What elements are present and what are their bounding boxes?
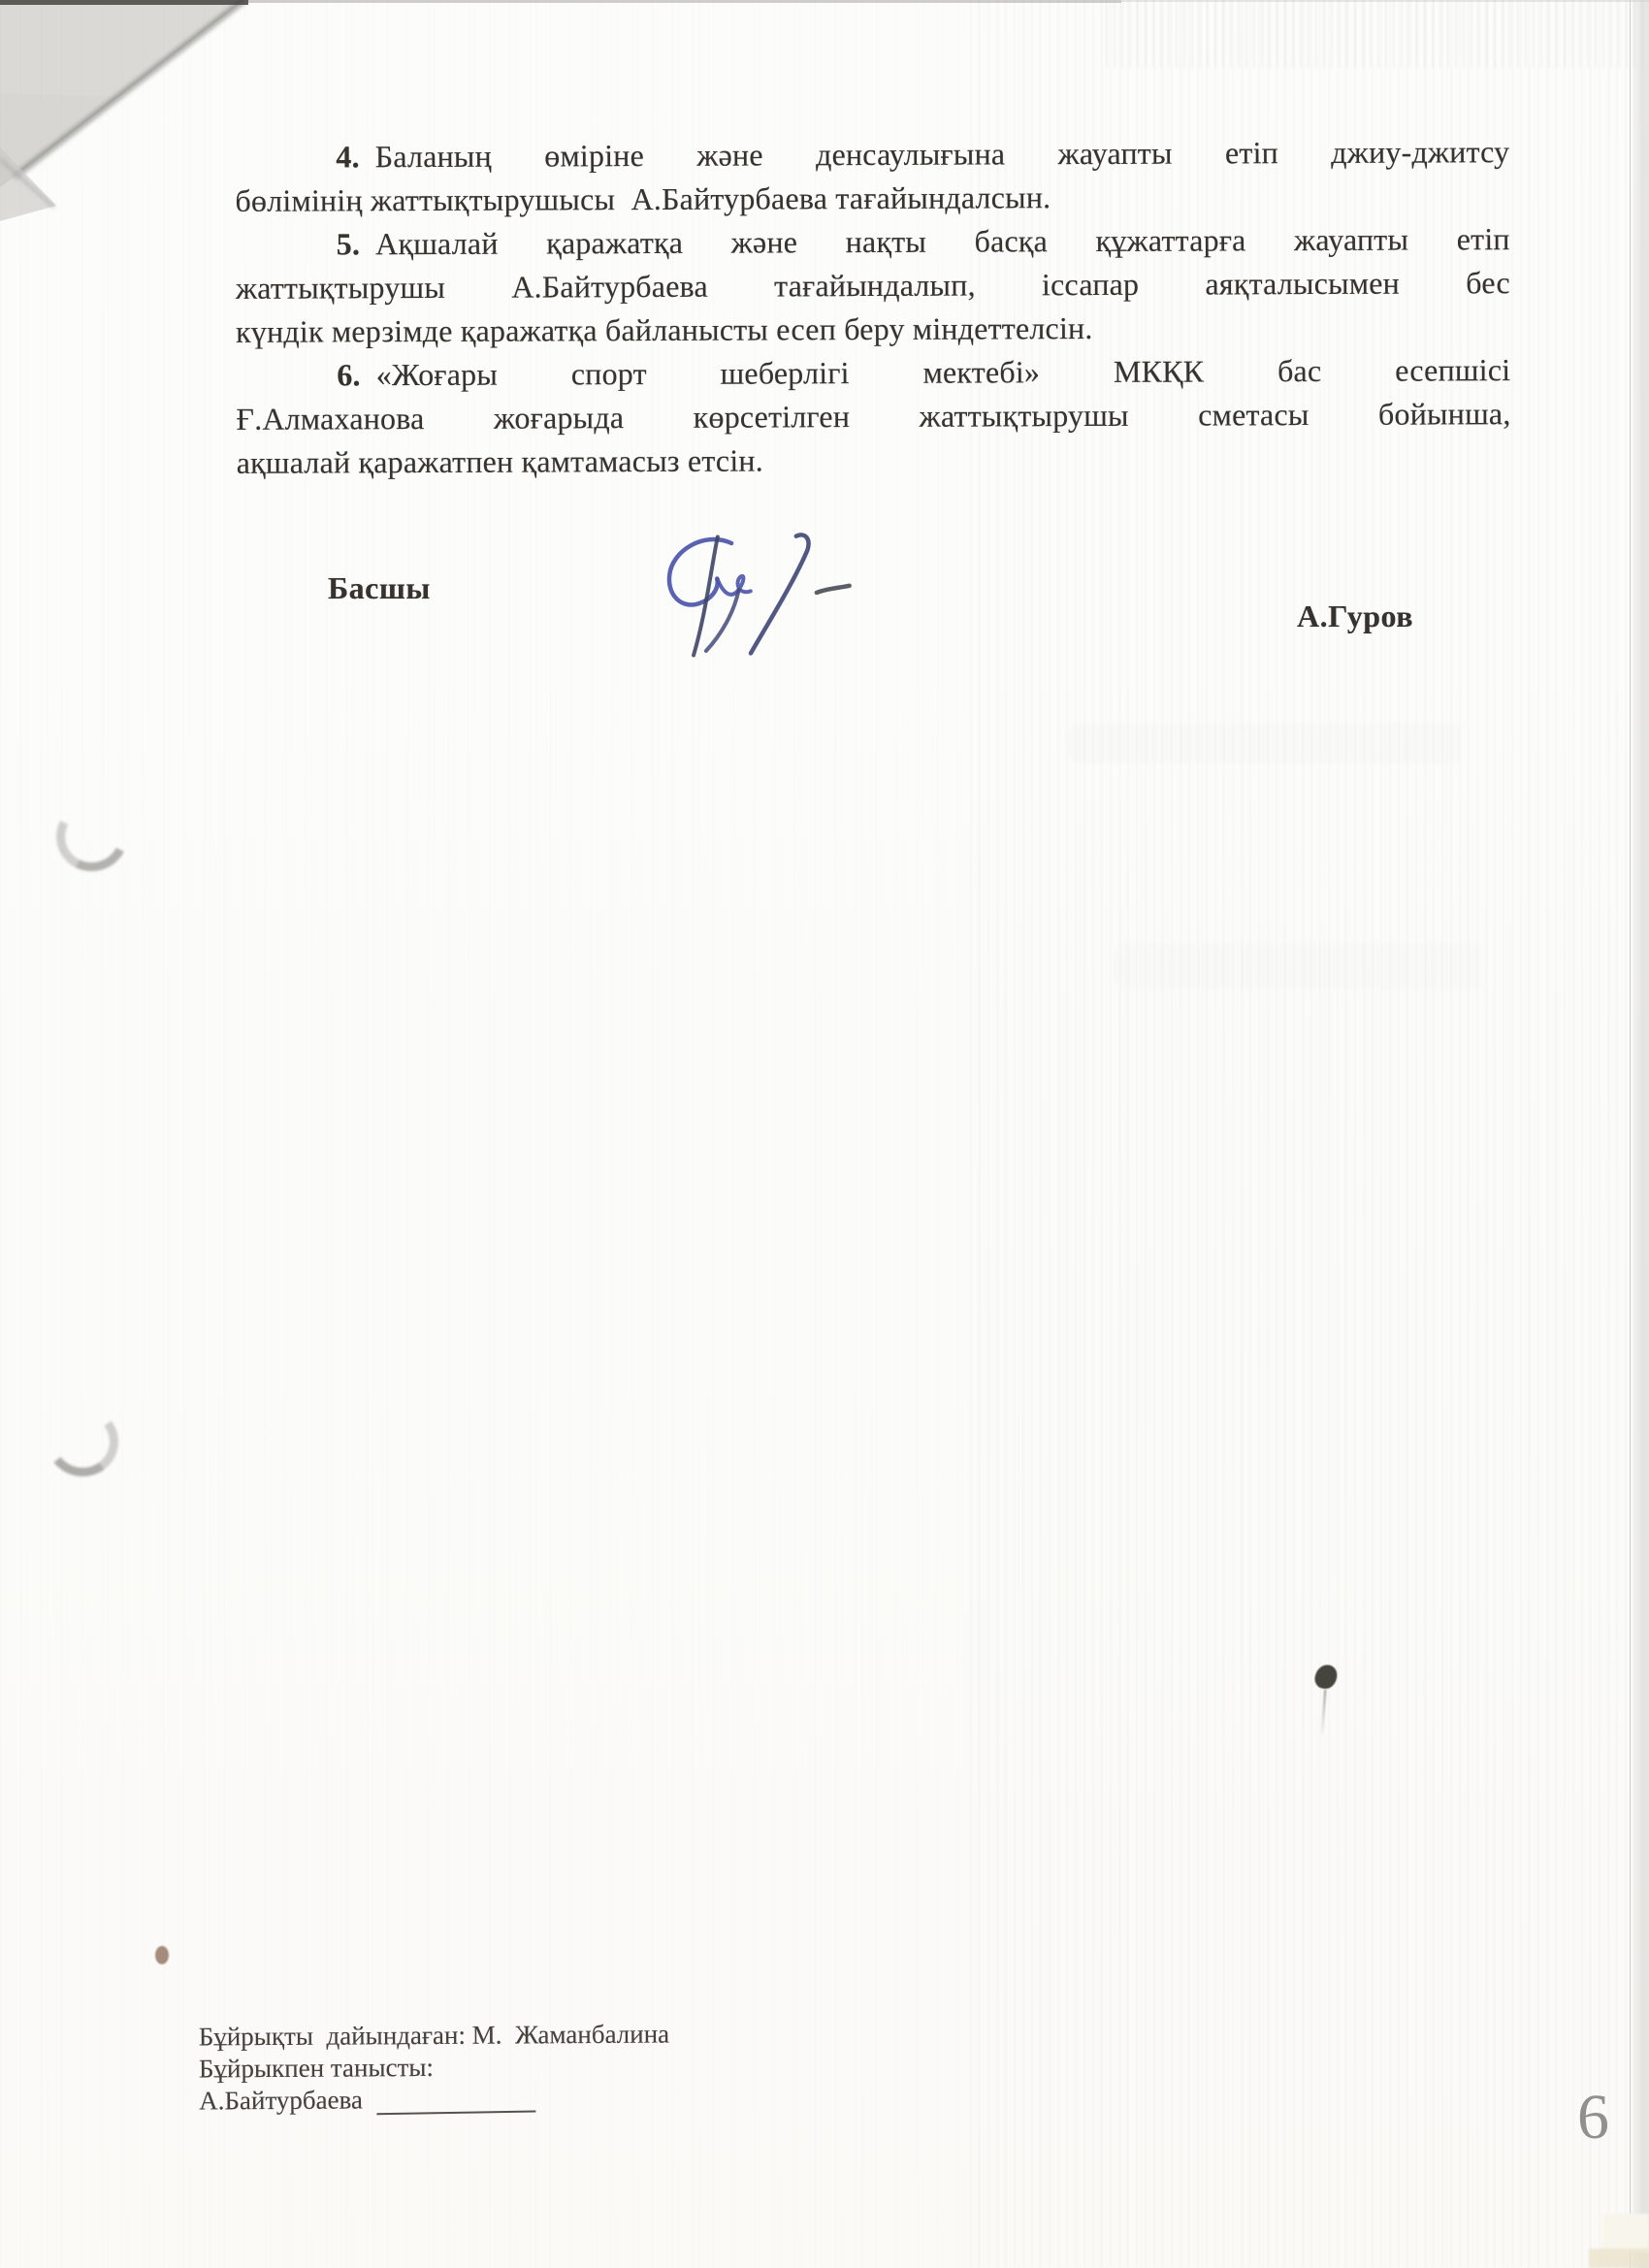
paragraph-5-line-3: күндік мерзімде қаражатқа байланысты есе… <box>236 305 1510 354</box>
scanned-document-page: 4.Баланың өміріне және денсаулығына жауа… <box>0 0 1649 2268</box>
paragraph-5-line-1: 5.Ақшалай қаражатқа және нақты басқа құж… <box>236 217 1510 267</box>
hole-punch-mark <box>42 1402 122 1481</box>
handwritten-signature <box>654 523 867 670</box>
ink-blot-tail <box>1320 1690 1326 1738</box>
paragraph-6-text: «Жоғары спорт шеберлігі мектебі» МКҚК ба… <box>376 352 1511 392</box>
footer-acquainted-name: А.Байтурбаева <box>199 2085 363 2115</box>
footer-block: Бұйрықты дайындаған: М. Жаманбалина Бұйр… <box>199 2019 670 2118</box>
scan-top-edge-line-faint <box>248 0 1121 3</box>
scan-streaks-top-right <box>1106 0 1649 68</box>
paragraph-6-number: 6. <box>337 357 361 392</box>
paragraph-4-text: Баланың өміріне және денсаулығына жауапт… <box>375 134 1510 174</box>
paragraph-5-line-2: жаттықтырушы А.Байтурбаева тағайындалып,… <box>236 261 1510 310</box>
hole-punch-mark <box>48 792 138 880</box>
paragraph-6-line-3: ақшалай қаражатпен қамтамасыз етсін. <box>237 436 1511 485</box>
scan-top-edge-line <box>0 0 248 5</box>
paragraph-5-number: 5. <box>337 226 361 261</box>
bleed-through-smudge <box>1069 723 1462 763</box>
footer-acquainted-row: А.Байтурбаева <box>199 2083 670 2118</box>
scan-corner-patch-tan <box>1589 2249 1649 2268</box>
bleed-through-smudge <box>1115 943 1484 989</box>
footer-acquainted-label: Бұйрыкпен танысты: <box>199 2051 670 2086</box>
order-body: 4.Баланың өміріне және денсаулығына жауа… <box>235 130 1511 485</box>
scan-corner-patch <box>1602 2214 1649 2252</box>
paragraph-6-line-1: 6.«Жоғары спорт шеберлігі мектебі» МКҚК … <box>236 348 1510 398</box>
scan-right-edge <box>1630 0 1649 2268</box>
paragraph-4-number: 4. <box>336 139 360 174</box>
paragraph-5-text: Ақшалай қаражатқа және нақты басқа құжат… <box>375 221 1510 261</box>
paper-stain <box>155 1946 169 1964</box>
paragraph-4-line-1: 4.Баланың өміріне және денсаулығына жауа… <box>235 130 1509 179</box>
signature-blank-line <box>376 2091 535 2116</box>
footer-prepared-by: Бұйрықты дайындаған: М. Жаманбалина <box>199 2019 670 2054</box>
page-number-clip: 6 <box>1577 2084 1614 2157</box>
page-number: 6 <box>1577 2084 1609 2153</box>
paragraph-4-line-2: бөлімінің жаттықтырушысы А.Байтурбаева т… <box>235 174 1509 223</box>
signatory-name: А.Гуров <box>1297 599 1413 634</box>
folded-corner-artifact <box>0 0 262 228</box>
ink-blot-artifact <box>1312 1663 1339 1692</box>
scan-top-edge-line-fainter <box>1121 0 1649 2</box>
paragraph-6-line-2: Ғ.Алмаханова жоғарыда көрсетілген жаттық… <box>236 392 1510 441</box>
signatory-role-label: Басшы <box>328 570 431 606</box>
